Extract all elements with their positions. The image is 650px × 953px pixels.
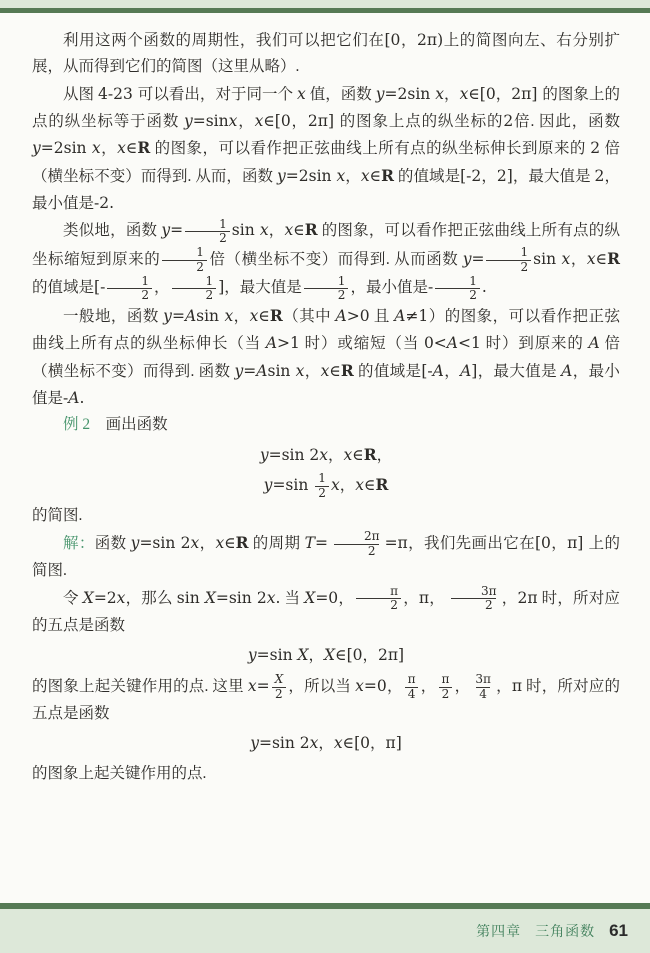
text-run: . (79, 389, 84, 407)
fraction: π2 (356, 585, 401, 613)
text-run: . (482, 278, 487, 296)
text-run: A (266, 334, 277, 352)
text-run: 画出函数 (90, 416, 168, 433)
text-run: ， (502, 590, 518, 607)
text-run: ， (309, 647, 325, 664)
text-run: ， (338, 590, 354, 607)
fraction: 2π2 (330, 530, 383, 558)
text-run: y (376, 85, 385, 103)
fraction: 12 (304, 275, 349, 303)
text-run: [-2，2] (460, 167, 513, 185)
text-run: >0 (347, 307, 370, 325)
text-run: R (364, 445, 377, 464)
text-run: sin (268, 362, 296, 380)
text-run: y (184, 112, 193, 130)
text-run: A (433, 362, 444, 380)
text-run: 的图象上起关键作用的点. 这里 (32, 678, 248, 695)
text-run: = (471, 250, 484, 268)
page-body-text: 利用这两个函数的周期性，我们可以把它们在[0，2π)上的简图向左、右分别扩展，从… (0, 13, 650, 787)
text-run: ， (387, 678, 403, 695)
text-run: ， (199, 535, 215, 552)
text-run: X (304, 589, 315, 607)
text-run: ， (429, 590, 445, 607)
text-run: ， (444, 86, 460, 103)
text-run: ， (304, 363, 320, 380)
text-run: x (562, 250, 571, 268)
text-run: -2. (94, 194, 114, 212)
fraction: π4 (405, 673, 419, 701)
text-run: y (161, 221, 170, 239)
green-label: 解： (63, 535, 95, 552)
text-run: ， (269, 222, 285, 239)
text-run: x (117, 139, 126, 157)
text-run: [0，π] (535, 534, 589, 552)
text-run: y (260, 446, 269, 464)
text-run: 利用这两个函数的周期性，我们可以把它们在 (63, 32, 385, 49)
text-run: R (375, 475, 388, 494)
text-run: sin (177, 589, 205, 607)
text-run: x (337, 167, 346, 185)
top-page-band (0, 0, 650, 8)
text-run: A (185, 307, 196, 325)
text-run: ，最小值是 (350, 279, 428, 296)
paragraph: 从图 4-23 可以看出，对于同一个 x 值，函数 y=2sin x，x∈[0，… (32, 81, 620, 218)
text-run: =2sin (41, 139, 92, 157)
text-run: R (236, 533, 249, 552)
text-run: ，那么 (125, 590, 176, 607)
text-run: R (137, 138, 150, 157)
text-run: 类似地，函数 (63, 222, 161, 239)
text-run: y (235, 362, 244, 380)
paragraph: 例 2 画出函数 (32, 412, 620, 438)
formula-line: y=sin X，X∈[0，2π] (32, 642, 620, 669)
text-run: ∈ (126, 139, 137, 157)
text-run: ， (421, 678, 437, 695)
text-run: X (83, 589, 94, 607)
text-run: y (32, 139, 41, 157)
text-run: ， (496, 678, 512, 695)
text-run: x (355, 476, 364, 494)
text-run: R (381, 166, 394, 185)
text-run: R (305, 220, 318, 239)
text-run: 的周期 (249, 535, 305, 552)
formula-line: y=sin 2x，x∈[0，π] (32, 730, 620, 757)
text-run: ∈[0，π] (343, 734, 402, 752)
text-run: y (250, 734, 259, 752)
fraction: 12 (315, 472, 329, 500)
text-run: ∈ (364, 476, 375, 494)
text-run: 时）到原来的 (481, 335, 589, 352)
text-run: X (297, 646, 308, 664)
text-run: 0< (424, 334, 447, 352)
text-run: 2 (503, 112, 513, 130)
formula-line: y=sin 2x，x∈R， (32, 442, 620, 469)
fraction: X2 (272, 673, 287, 701)
text-run: x (334, 734, 343, 752)
text-run: π (419, 589, 429, 607)
text-run: A (561, 362, 572, 380)
text-run: =sin 2 (269, 446, 320, 464)
text-run: A (589, 334, 600, 352)
paragraph: 利用这两个函数的周期性，我们可以把它们在[0，2π)上的简图向左、右分别扩展，从… (32, 27, 620, 81)
text-run: 值，函数 (306, 86, 376, 103)
text-run: x (587, 250, 596, 268)
page-footer: 第四章 三角函数 61 (0, 909, 650, 953)
text-run: 从图 (63, 86, 98, 103)
text-run: ∈[0，2π] (335, 646, 404, 664)
text-run: >1 (277, 334, 300, 352)
paragraph: 的图象上起关键作用的点. 这里 x=X2，所以当 x=0，π4，π2，3π4，π… (32, 673, 620, 728)
text-run: =sin 2 (216, 589, 267, 607)
text-run: x (224, 307, 233, 325)
text-run: ， (454, 678, 470, 695)
formula-line: y=sin 12x，x∈R (32, 472, 620, 500)
text-run: 4-23 (98, 85, 138, 103)
textbook-page: { "page": { "background": "#fbfbf8", "ba… (0, 0, 650, 953)
text-run: x (248, 677, 257, 695)
text-run: x (92, 139, 101, 157)
text-run: x (435, 85, 444, 103)
text-run: ∈ (329, 362, 340, 380)
fraction: 3π2 (447, 585, 500, 613)
text-run: R (341, 361, 354, 380)
fraction: 12 (185, 218, 230, 246)
text-run: ， (345, 168, 361, 185)
text-run: x (190, 534, 199, 552)
text-run: （其中 (283, 308, 336, 325)
text-run: A (460, 362, 471, 380)
text-run: R (270, 306, 283, 325)
text-run: ， (101, 140, 117, 157)
text-run: R (607, 249, 620, 268)
text-run: =sin (257, 646, 298, 664)
text-run: x (285, 221, 294, 239)
text-run: ， (237, 113, 254, 130)
text-run: =0 (315, 589, 338, 607)
text-run: x (344, 446, 353, 464)
text-run: 的图象上起关键作用的点. (32, 765, 206, 782)
text-run: x (331, 476, 340, 494)
text-run: ∈ (352, 446, 363, 464)
text-run: ，最大值是 (224, 279, 302, 296)
text-run: ， (403, 590, 419, 607)
text-run: 2 (590, 139, 600, 157)
text-run: x (319, 446, 328, 464)
text-run: y (277, 167, 286, 185)
text-run: [0，2π) (385, 31, 444, 49)
text-run: ∈[0，2π] (468, 85, 542, 103)
text-run: ， (318, 735, 334, 752)
text-run: ， (233, 308, 249, 325)
text-run: =π (385, 534, 408, 552)
fraction: 12 (435, 275, 480, 303)
fraction: π2 (438, 673, 452, 701)
text-run: A (336, 307, 347, 325)
text-run: x (215, 534, 224, 552)
paragraph: 一般地，函数 y=Asin x，x∈R（其中 A>0 且 A≠1）的图象，可以看… (32, 303, 620, 412)
text-run: ， (154, 278, 170, 296)
text-run: X (205, 589, 216, 607)
text-run: 的图象，可以看作把正弦曲线上所有点的纵坐标伸长到原来的 (150, 140, 590, 157)
text-run: X (324, 646, 335, 664)
text-run: - (428, 278, 433, 296)
text-run: A (256, 362, 267, 380)
text-run: 的简图. (32, 507, 82, 524)
footer-section-label: 三角函数 (535, 921, 595, 941)
text-run: ∈ (293, 221, 304, 239)
text-run: 可以看出，对于同一个 (138, 86, 297, 103)
paragraph: 解：函数 y=sin 2x，x∈R 的周期 T=2π2=π，我们先画出它在[0，… (32, 530, 620, 585)
text-run: A (447, 334, 458, 352)
text-run: ，我们先画出它在 (408, 535, 535, 552)
text-run: =sin (193, 112, 229, 130)
text-run: =2 (94, 589, 117, 607)
paragraph: 的图象上起关键作用的点. (32, 761, 620, 787)
text-run: 时）或缩短（当 (300, 335, 424, 352)
text-run: <1 (458, 334, 481, 352)
text-run: ， (328, 447, 344, 464)
text-run: =sin 2 (259, 734, 310, 752)
text-run: ，最大值是 (477, 363, 561, 380)
green-label: 例 2 (63, 416, 90, 433)
text-run: ， (444, 362, 460, 380)
text-run: 2 (595, 167, 605, 185)
text-run: y (163, 307, 172, 325)
text-run: 的值域是 (354, 363, 422, 380)
text-run: π (512, 677, 522, 695)
fraction: 3π4 (472, 673, 494, 701)
text-run: ， (340, 477, 356, 494)
text-run: =2sin (286, 167, 337, 185)
text-run: [- (94, 278, 105, 296)
text-run: ∈ (596, 250, 607, 268)
text-run: = (257, 677, 270, 695)
text-run: sin (533, 250, 561, 268)
fraction: 12 (162, 246, 207, 274)
paragraph: 类似地，函数 y=12sin x，x∈R 的图象，可以看作把正弦曲线上所有点的纵… (32, 217, 620, 302)
text-run: 倍. 因此，函数 (513, 113, 620, 130)
text-run: 的图象上点的纵坐标的 (340, 113, 504, 130)
paragraph: 令 X=2x，那么 sin X=sin 2x. 当 X=0，π2，π，3π2，2… (32, 585, 620, 640)
text-run: ∈[0，2π] (263, 112, 339, 130)
text-run: ≠1 (405, 307, 428, 325)
text-run: ∈ (258, 307, 269, 325)
text-run: [- (421, 362, 432, 380)
text-run: T (305, 534, 315, 552)
text-run: =sin (272, 476, 313, 494)
footer-chapter-label: 第四章 (476, 921, 521, 941)
text-run: 当 (280, 590, 304, 607)
text-run: =0 (364, 677, 387, 695)
text-run: ∈ (370, 167, 381, 185)
text-run: 令 (63, 590, 83, 607)
text-run: x (297, 85, 306, 103)
text-run: 一般地，函数 (63, 308, 163, 325)
text-run: = (315, 534, 328, 552)
fraction: 12 (107, 275, 152, 303)
fraction: 12 (486, 246, 531, 274)
text-run: =sin 2 (139, 534, 190, 552)
text-run: A (394, 307, 405, 325)
text-run: x (355, 677, 364, 695)
text-run: ∈ (224, 534, 235, 552)
text-run: 2π (518, 589, 538, 607)
text-run: x (260, 221, 269, 239)
text-run: ， (570, 251, 587, 268)
text-run: x (361, 167, 370, 185)
text-run: A (68, 389, 79, 407)
text-run: x (255, 112, 264, 130)
text-run: sin (232, 221, 260, 239)
text-run: 且 (370, 308, 395, 325)
fraction: 12 (172, 275, 217, 303)
text-run: 函数 (95, 535, 131, 552)
text-run: sin (196, 307, 224, 325)
text-run: ， (377, 447, 393, 464)
paragraph: 的简图. (32, 503, 620, 529)
text-run: 的值域是 (32, 279, 94, 296)
text-run: =2sin (385, 85, 436, 103)
text-run: ，所以当 (288, 678, 355, 695)
text-run: = (172, 307, 185, 325)
text-run: 的值域是 (394, 168, 460, 185)
text-run: = (243, 362, 256, 380)
text-run: ，最大值是 (513, 168, 595, 185)
footer-page-number: 61 (609, 921, 628, 941)
text-run: y (248, 646, 257, 664)
text-run: = (170, 221, 183, 239)
text-run: 倍（横坐标不变）而得到. 从而函数 (209, 251, 463, 268)
